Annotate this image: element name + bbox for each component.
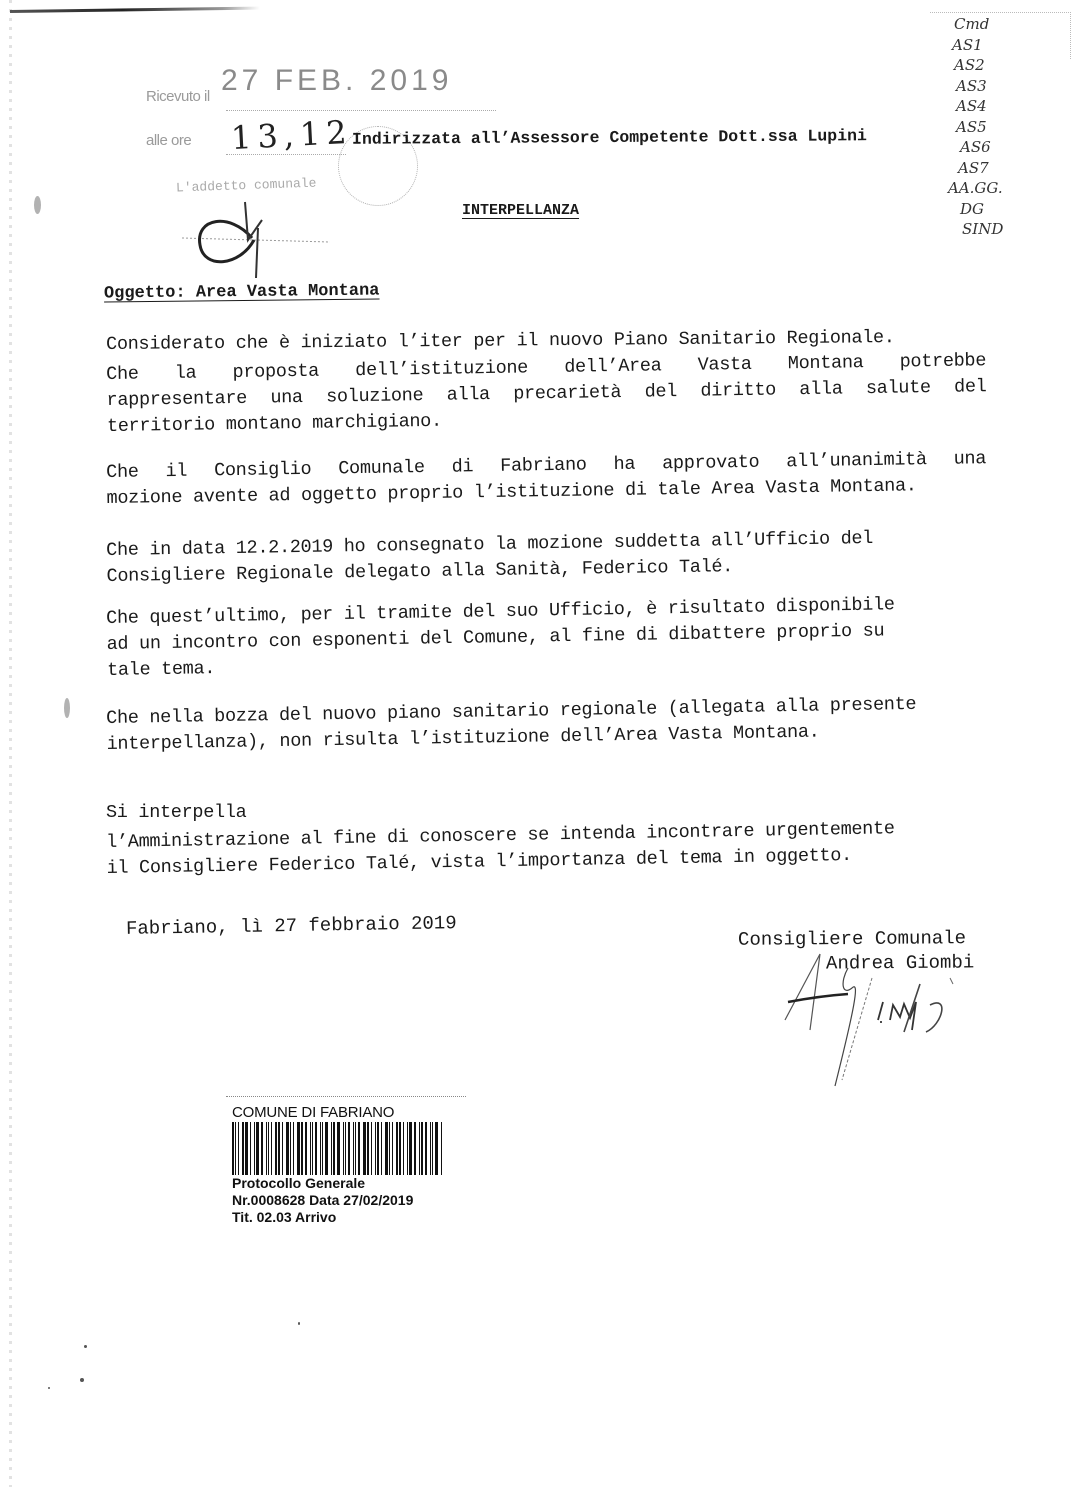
handwritten-distribution-list: Cmd AS1 AS2 AS3 AS4 AS5 AS6 AS7 AA.GG. D… bbox=[948, 14, 1048, 240]
document-title: INTERPELLANZA bbox=[462, 202, 579, 219]
annotation: SIND bbox=[962, 219, 1048, 240]
barcode-bar bbox=[235, 1122, 236, 1175]
body-paragraph: Che in data 12.2.2019 ho consegnato la m… bbox=[106, 524, 987, 590]
barcode-bar bbox=[310, 1122, 311, 1175]
barcode-bar bbox=[290, 1122, 291, 1175]
barcode-bar bbox=[435, 1122, 438, 1175]
barcode-bar bbox=[432, 1122, 433, 1175]
barcode-bar bbox=[268, 1122, 269, 1175]
barcode-bar bbox=[325, 1122, 328, 1175]
barcode-bar bbox=[232, 1122, 234, 1175]
annotation: AA.GG. bbox=[948, 178, 1048, 199]
body-paragraph: Che quest’ultimo, per il tramite del suo… bbox=[106, 591, 987, 684]
handwritten-time: 13,12 bbox=[230, 113, 353, 157]
barcode-bar bbox=[238, 1122, 239, 1175]
annotation: AS2 bbox=[954, 55, 1048, 76]
barcode-bar bbox=[286, 1122, 289, 1175]
protocol-label: COMUNE DI FABRIANO Protocollo Generale N… bbox=[232, 1104, 454, 1226]
barcode-bar bbox=[389, 1122, 390, 1175]
barcode-bar bbox=[256, 1122, 259, 1175]
barcode-bar bbox=[261, 1122, 263, 1175]
barcode-bar bbox=[348, 1122, 350, 1175]
barcode-bar bbox=[377, 1122, 379, 1175]
barcode-bar bbox=[278, 1122, 280, 1175]
barcode-bar bbox=[297, 1122, 300, 1175]
protocol-number: Nr.0008628 Data 27/02/2019 bbox=[232, 1192, 454, 1209]
scan-speck bbox=[84, 1345, 87, 1348]
barcode-bar bbox=[363, 1122, 366, 1175]
barcode-bar bbox=[414, 1122, 416, 1175]
received-label: Ricevuto il bbox=[146, 88, 210, 106]
stamp-underline bbox=[226, 154, 346, 155]
barcode-bar bbox=[353, 1122, 354, 1175]
scan-top-rule bbox=[10, 7, 260, 13]
barcode-bar bbox=[392, 1122, 393, 1175]
annotation: AS4 bbox=[956, 96, 1048, 117]
annotation: AS5 bbox=[956, 117, 1048, 138]
annotation: AS7 bbox=[958, 158, 1048, 179]
scan-speck bbox=[64, 698, 70, 718]
stamp-underline bbox=[226, 110, 496, 111]
barcode-bar bbox=[371, 1122, 372, 1175]
scan-speck bbox=[48, 1387, 50, 1389]
body-paragraph: Che il Consiglio Comunale di Fabriano ha… bbox=[106, 446, 987, 512]
barcode-bar bbox=[315, 1122, 317, 1175]
signer-role: Consigliere Comunale bbox=[738, 927, 966, 951]
barcode-bar bbox=[425, 1122, 427, 1175]
barcode-bar bbox=[293, 1122, 294, 1175]
barcode-bar bbox=[331, 1122, 332, 1175]
barcode-bar bbox=[396, 1122, 398, 1175]
annotation: DG bbox=[960, 199, 1048, 220]
barcode-bar bbox=[385, 1122, 388, 1175]
barcode-bar bbox=[430, 1122, 431, 1175]
barcode-bar bbox=[355, 1122, 356, 1175]
time-label: alle ore bbox=[146, 132, 191, 150]
barcode-bar bbox=[271, 1122, 272, 1175]
annotation: AS3 bbox=[956, 76, 1048, 97]
protocol-register: Protocollo Generale bbox=[232, 1175, 454, 1192]
scan-edge-artifact bbox=[9, 0, 12, 1487]
protocol-classification: Tit. 02.03 Arrivo bbox=[232, 1209, 454, 1226]
protocol-organization: COMUNE DI FABRIANO bbox=[232, 1104, 454, 1121]
barcode-bar bbox=[403, 1122, 404, 1175]
barcode-bar bbox=[409, 1122, 412, 1175]
barcode-bar bbox=[305, 1122, 307, 1175]
document-subject: Oggetto: Area Vasta Montana bbox=[104, 282, 380, 304]
office-label: L'addetto comunale bbox=[176, 176, 317, 196]
annotation: AS1 bbox=[952, 35, 1048, 56]
scan-speck bbox=[80, 1378, 84, 1382]
barcode-bar bbox=[375, 1122, 376, 1175]
barcode-bar bbox=[333, 1122, 335, 1175]
barcode-bar bbox=[282, 1122, 283, 1175]
barcode-bar bbox=[242, 1122, 244, 1175]
barcode-bar bbox=[441, 1122, 442, 1175]
barcode-bar bbox=[358, 1122, 360, 1175]
barcode-bar bbox=[337, 1122, 340, 1175]
scan-speck bbox=[34, 196, 41, 214]
initials-signature-icon bbox=[170, 200, 330, 280]
barcode-bar bbox=[275, 1122, 277, 1175]
barcode-bar bbox=[419, 1122, 420, 1175]
scanned-document-page: Ricevuto il 27 FEB. 2019 alle ore 13,12 … bbox=[0, 0, 1080, 1487]
body-paragraph: Che nella bozza del nuovo piano sanitari… bbox=[106, 691, 987, 758]
scan-speck bbox=[298, 1322, 300, 1325]
body-paragraph: Che la proposta dell’istituzione dell’Ar… bbox=[106, 348, 987, 440]
barcode-bar bbox=[421, 1122, 423, 1175]
barcode-bar bbox=[320, 1122, 321, 1175]
received-date: 27 FEB. 2019 bbox=[221, 64, 452, 98]
addressed-to: Indirizzata all’Assessore Competente Dot… bbox=[352, 126, 867, 149]
annotation: AS6 bbox=[960, 137, 1048, 158]
barcode-bar bbox=[312, 1122, 313, 1175]
barcode-bar bbox=[367, 1122, 369, 1175]
barcode-bar bbox=[381, 1122, 382, 1175]
barcode-bar bbox=[343, 1122, 344, 1175]
barcode-bar bbox=[345, 1122, 346, 1175]
barcode-bar bbox=[301, 1122, 303, 1175]
barcode-bar bbox=[399, 1122, 401, 1175]
barcode-bar bbox=[322, 1122, 323, 1175]
barcode-bar bbox=[407, 1122, 408, 1175]
label-edge bbox=[226, 1096, 466, 1097]
annotation: Cmd bbox=[954, 14, 1048, 35]
handwritten-signature-icon bbox=[780, 950, 990, 1090]
place-and-date: Fabriano, lì 27 febbraio 2019 bbox=[126, 912, 457, 940]
barcode-bar bbox=[250, 1122, 251, 1175]
barcode-bar bbox=[245, 1122, 248, 1175]
barcode-bar bbox=[266, 1122, 267, 1175]
barcode-bar bbox=[254, 1122, 255, 1175]
barcode-icon bbox=[232, 1122, 454, 1175]
